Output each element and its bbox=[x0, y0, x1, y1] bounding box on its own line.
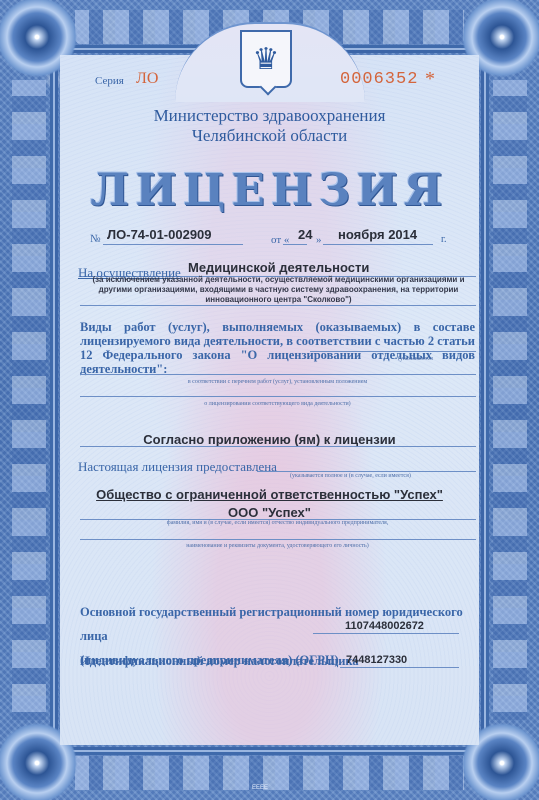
ogrn-value: 1107448002672 bbox=[345, 620, 424, 632]
activity-value: Медицинской деятельности bbox=[188, 260, 369, 275]
granted-underline bbox=[257, 471, 476, 472]
appendix-underline bbox=[80, 446, 476, 447]
month-underline bbox=[323, 244, 433, 245]
series-label: Серия bbox=[95, 75, 124, 87]
issuer-line-2: Челябинской области bbox=[0, 126, 539, 146]
document-title: ЛИЦЕНЗИЯ bbox=[0, 165, 539, 216]
inn-label: Идентификационный номер налогоплательщик… bbox=[80, 654, 359, 669]
border-ornament-bottom bbox=[75, 756, 464, 790]
works-note-1: (указываются bbox=[398, 356, 433, 362]
serial-mark: * bbox=[425, 68, 435, 91]
date-close-quote: » bbox=[316, 234, 322, 246]
date-from-label: от « bbox=[271, 234, 289, 246]
coat-of-arms-icon: ♛ bbox=[240, 30, 292, 88]
activity-note-underline bbox=[80, 305, 476, 306]
print-code: ЕЕЕЕ bbox=[252, 785, 268, 791]
activity-note: (за исключением указанной деятельности, … bbox=[78, 275, 479, 305]
license-month-year: ноября 2014 bbox=[338, 227, 417, 242]
issuer-line-1: Министерство здравоохранения bbox=[0, 106, 539, 126]
works-underline-3 bbox=[80, 396, 476, 397]
inn-value: 7448127330 bbox=[346, 654, 407, 666]
works-underline-1 bbox=[310, 351, 476, 352]
serial-number: 0006352 bbox=[340, 70, 418, 89]
licensee-full-name: Общество с ограниченной ответственностью… bbox=[0, 487, 539, 502]
granted-note: (указывается полное и (в случае, если им… bbox=[290, 473, 411, 479]
granted-label: Настоящая лицензия предоставлена bbox=[78, 459, 277, 475]
works-description: Виды работ (услуг), выполняемых (оказыва… bbox=[80, 320, 475, 376]
year-suffix: г. bbox=[441, 234, 446, 245]
works-note-3: о лицензировании соответствующего вида д… bbox=[80, 401, 475, 407]
document-note: наименование и реквизиты документа, удос… bbox=[80, 543, 475, 549]
issuer: Министерство здравоохранения Челябинской… bbox=[0, 106, 539, 146]
works-underline-2 bbox=[80, 374, 476, 375]
doc-underline bbox=[80, 539, 476, 540]
works-note-2: в соответствии с перечнем работ (услуг),… bbox=[80, 379, 475, 385]
license-number-label: № bbox=[90, 233, 101, 245]
licensee-short-name: ООО "Успех" bbox=[0, 505, 539, 520]
number-underline bbox=[103, 244, 243, 245]
name-note: фамилия, имя и (в случае, если имеется) … bbox=[80, 520, 475, 526]
ogrn-underline bbox=[313, 633, 459, 634]
license-day: 24 bbox=[298, 227, 312, 242]
license-number: ЛО-74-01-002909 bbox=[107, 227, 212, 242]
appendix-reference: Согласно приложению (ям) к лицензии bbox=[0, 432, 539, 447]
inn-underline bbox=[340, 667, 459, 668]
series-value: ЛО bbox=[136, 70, 158, 88]
